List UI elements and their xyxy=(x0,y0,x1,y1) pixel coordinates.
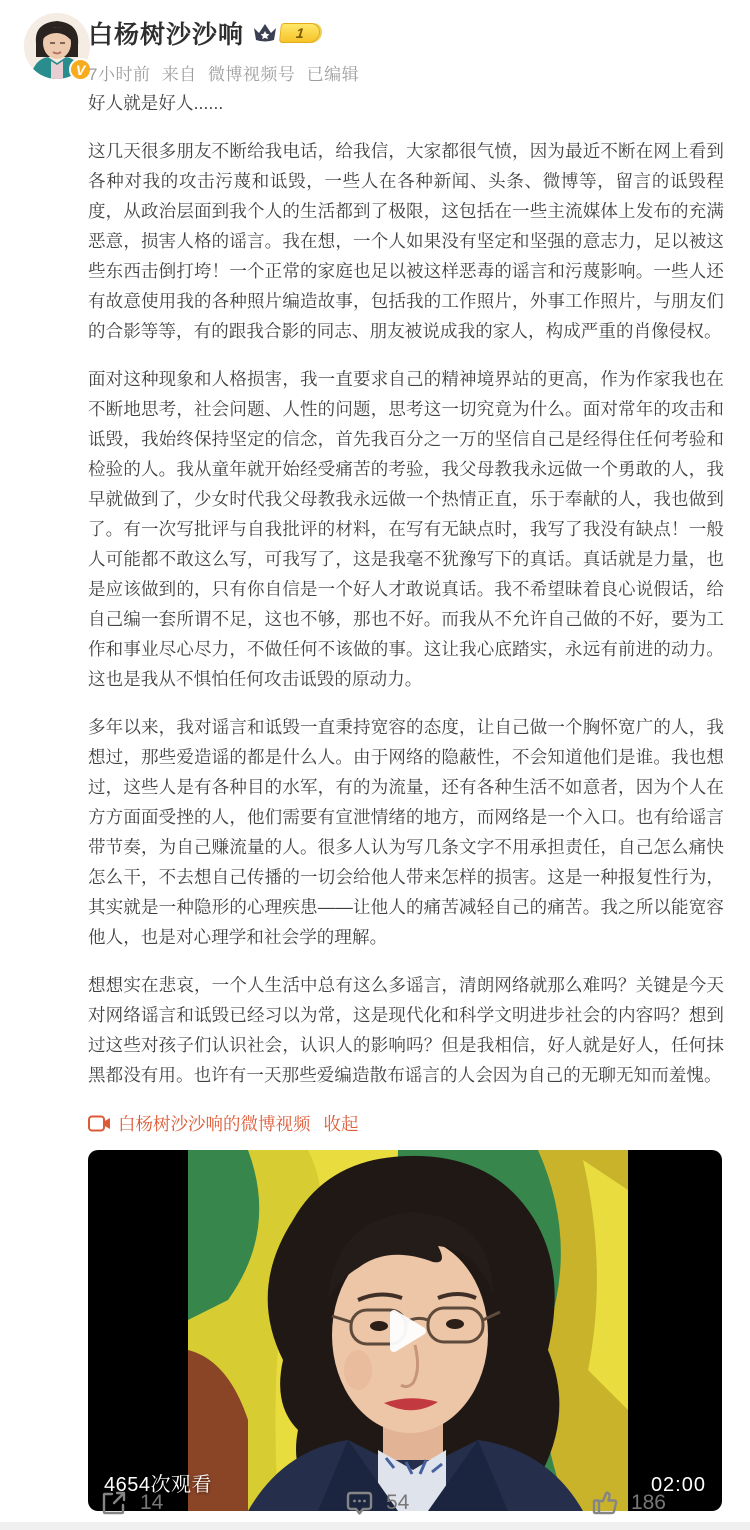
share-count: 14 xyxy=(140,1491,163,1515)
paragraph-3: 面对这种现象和人格损害，我一直要求自己的精神境界站的更高，作为作家我也在不断地思… xyxy=(88,364,724,694)
vip-level-badge: 1 xyxy=(279,23,321,43)
post-meta: 7小时前 来自 微博视频号 已编辑 xyxy=(88,60,688,85)
vip-badge[interactable]: 1 xyxy=(252,22,320,44)
collapse-link[interactable]: 收起 xyxy=(324,1111,359,1136)
weibo-post: V 白杨树沙沙响 1 7小时前 来自 微博视频号 已编辑 xyxy=(0,0,750,1530)
section-divider xyxy=(0,1522,750,1530)
like-button[interactable]: 186 xyxy=(591,1489,666,1517)
comment-button[interactable]: 54 xyxy=(345,1489,409,1517)
comment-icon xyxy=(345,1489,374,1517)
paragraph-5: 想想实在悲哀，一个人生活中总有这么多谣言，清朗网络就那么难吗？关键是今天对网络谣… xyxy=(88,970,724,1090)
comment-count: 54 xyxy=(386,1491,409,1515)
paragraph-2: 这几天很多朋友不断给我电话，给我信，大家都很气愤，因为最近不断在网上看到各种对我… xyxy=(88,136,724,346)
username[interactable]: 白杨树沙沙响 xyxy=(88,15,244,51)
share-icon xyxy=(100,1489,128,1517)
paragraph-1: 好人就是好人...... xyxy=(88,88,724,118)
paragraph-4: 多年以来，我对谣言和诋毁一直秉持宽容的态度，让自己做一个胸怀宽广的人，我想过，那… xyxy=(88,712,724,952)
post-content: 好人就是好人...... 这几天很多朋友不断给我电话，给我信，大家都很气愤，因为… xyxy=(88,88,724,1511)
vip-crown-icon xyxy=(252,22,278,44)
video-link[interactable]: 白杨树沙沙响的微博视频 xyxy=(118,1111,311,1136)
avatar[interactable]: V xyxy=(24,13,90,79)
post-source[interactable]: 微博视频号 xyxy=(208,65,296,84)
share-button[interactable]: 14 xyxy=(100,1489,163,1517)
source-label: 来自 xyxy=(162,65,197,84)
video-link-row: 白杨树沙沙响的微博视频 收起 xyxy=(88,1111,724,1136)
post-time: 7小时前 xyxy=(88,65,150,84)
video-camera-icon xyxy=(88,1115,111,1132)
thumbs-up-icon xyxy=(591,1489,619,1517)
video-player[interactable]: 4654次观看 02:00 xyxy=(88,1150,722,1511)
play-icon[interactable] xyxy=(370,1296,440,1366)
action-bar: 14 54 186 xyxy=(0,1484,750,1522)
edited-badge: 已编辑 xyxy=(307,65,360,84)
like-count: 186 xyxy=(631,1491,666,1515)
